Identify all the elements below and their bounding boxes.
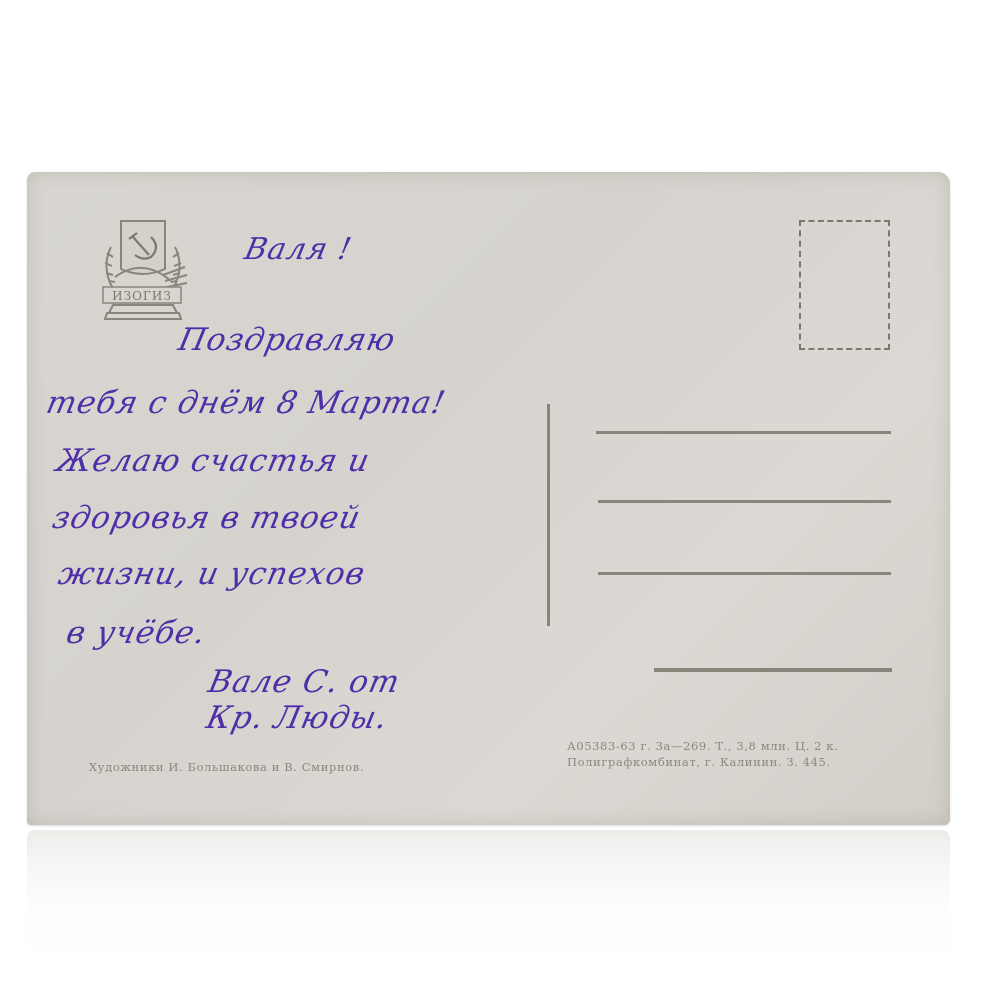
logo-text: ИЗОГИЗ xyxy=(112,289,172,303)
postcard-back: ИЗОГИЗ Валя ! Поздравляю тебя с днём 8 М… xyxy=(27,172,950,825)
handwritten-line: Поздравляю xyxy=(175,322,399,358)
handwritten-line: жизни, и успехов xyxy=(55,556,369,592)
printer-imprint: А05383-63 г. 3а—269. Т., 3,8 млн. Ц. 2 к… xyxy=(567,738,838,770)
handwritten-signature: Кр. Люды. xyxy=(203,700,391,736)
imprint-line: А05383-63 г. 3а—269. Т., 3,8 млн. Ц. 2 к… xyxy=(567,738,838,754)
artists-credit: Художники И. Большакова и В. Смирнов. xyxy=(89,760,364,774)
handwritten-line: в учёбе. xyxy=(63,615,209,651)
reflection-fade xyxy=(27,830,950,1000)
stamp-box xyxy=(799,220,890,350)
address-line-index xyxy=(654,668,892,672)
imprint-line: Полиграфкомбинат, г. Калинин. З. 445. xyxy=(567,754,838,770)
handwritten-line: здоровья в твоей xyxy=(49,500,364,536)
address-line xyxy=(596,431,891,434)
handwritten-signature: Вале С. от xyxy=(205,664,403,700)
izogiz-logo: ИЗОГИЗ xyxy=(93,217,189,325)
divider-line xyxy=(547,404,550,626)
address-line xyxy=(598,500,891,503)
card-reflection: Художники И. Большакова и В. Смирнов. А0… xyxy=(27,830,950,1000)
handwritten-line: Валя ! xyxy=(241,232,355,267)
handwritten-line: тебя с днём 8 Марта! xyxy=(43,385,449,421)
handwritten-line: Желаю счастья и xyxy=(53,443,373,479)
address-line xyxy=(598,572,891,575)
